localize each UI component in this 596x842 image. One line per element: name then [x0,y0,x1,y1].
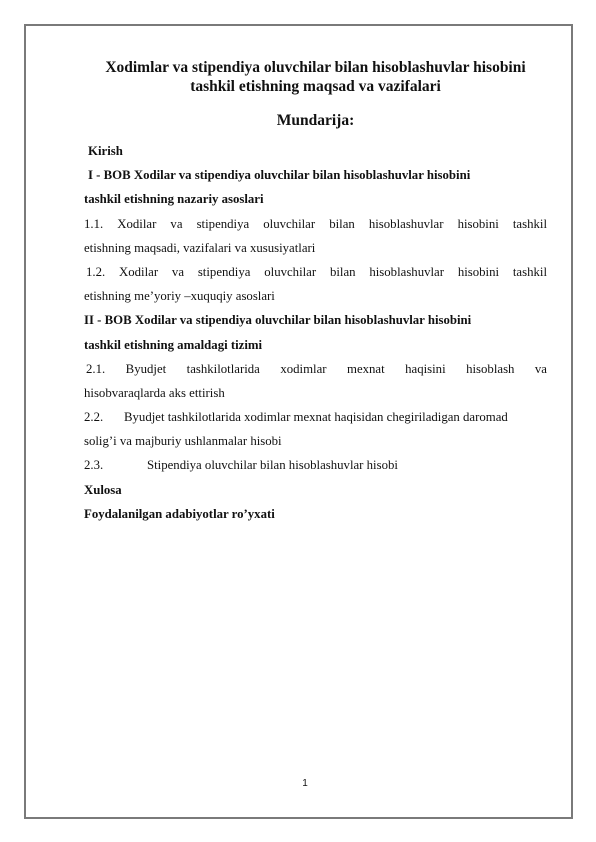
toc-item-1-2: 1.2. Xodilar va stipendiya oluvchilar bi… [84,260,547,284]
toc-item-2-2-number: 2.2. [84,405,124,429]
toc-item-2-2-cont: solig’i va majburiy ushlanmalar hisobi [84,429,547,453]
toc-item-2-1: 2.1. Byudjet tashkilotlarida xodimlar me… [84,357,547,381]
toc-item-chapter2-cont: tashkil etishning amaldagi tizimi [84,333,547,357]
toc-item-1-2-cont: etishning me’yoriy –xuquqiy asoslari [84,284,547,308]
toc-item-2-2: 2.2.Byudjet tashkilotlarida xodimlar mex… [84,405,547,429]
toc-item-conclusion: Xulosa [84,478,547,502]
toc-item-references: Foydalanilgan adabiyotlar ro’yxati [84,502,547,526]
toc-item-1-1: 1.1. Xodilar va stipendiya oluvchilar bi… [84,212,547,236]
toc-item-chapter1: I - BOB Xodilar va stipendiya oluvchilar… [84,163,547,187]
page-number: 1 [0,778,596,789]
toc-item-2-3: 2.3.Stipendiya oluvchilar bilan hisoblas… [84,453,547,477]
toc-item-1-1-cont: etishning maqsadi, vazifalari va xususiy… [84,236,547,260]
toc-item-intro: Kirish [84,139,547,163]
toc-item-2-2-text: Byudjet tashkilotlarida xodimlar mexnat … [124,410,508,424]
toc-item-2-3-number: 2.3. [84,453,147,477]
toc-item-2-1-cont: hisobvaraqlarda aks ettirish [84,381,547,405]
document-title: Xodimlar va stipendiya oluvchilar bilan … [84,58,547,96]
toc-item-chapter1-cont: tashkil etishning nazariy asoslari [84,187,547,211]
title-line-2: tashkil etishning maqsad va vazifalari [84,77,547,96]
toc-item-chapter2: II - BOB Xodilar va stipendiya oluvchila… [84,308,547,332]
toc-heading: Mundarija: [84,111,547,130]
title-line-1: Xodimlar va stipendiya oluvchilar bilan … [84,58,547,77]
table-of-contents: Kirish I - BOB Xodilar va stipendiya olu… [84,139,547,526]
toc-item-2-3-text: Stipendiya oluvchilar bilan hisoblashuvl… [147,458,398,472]
